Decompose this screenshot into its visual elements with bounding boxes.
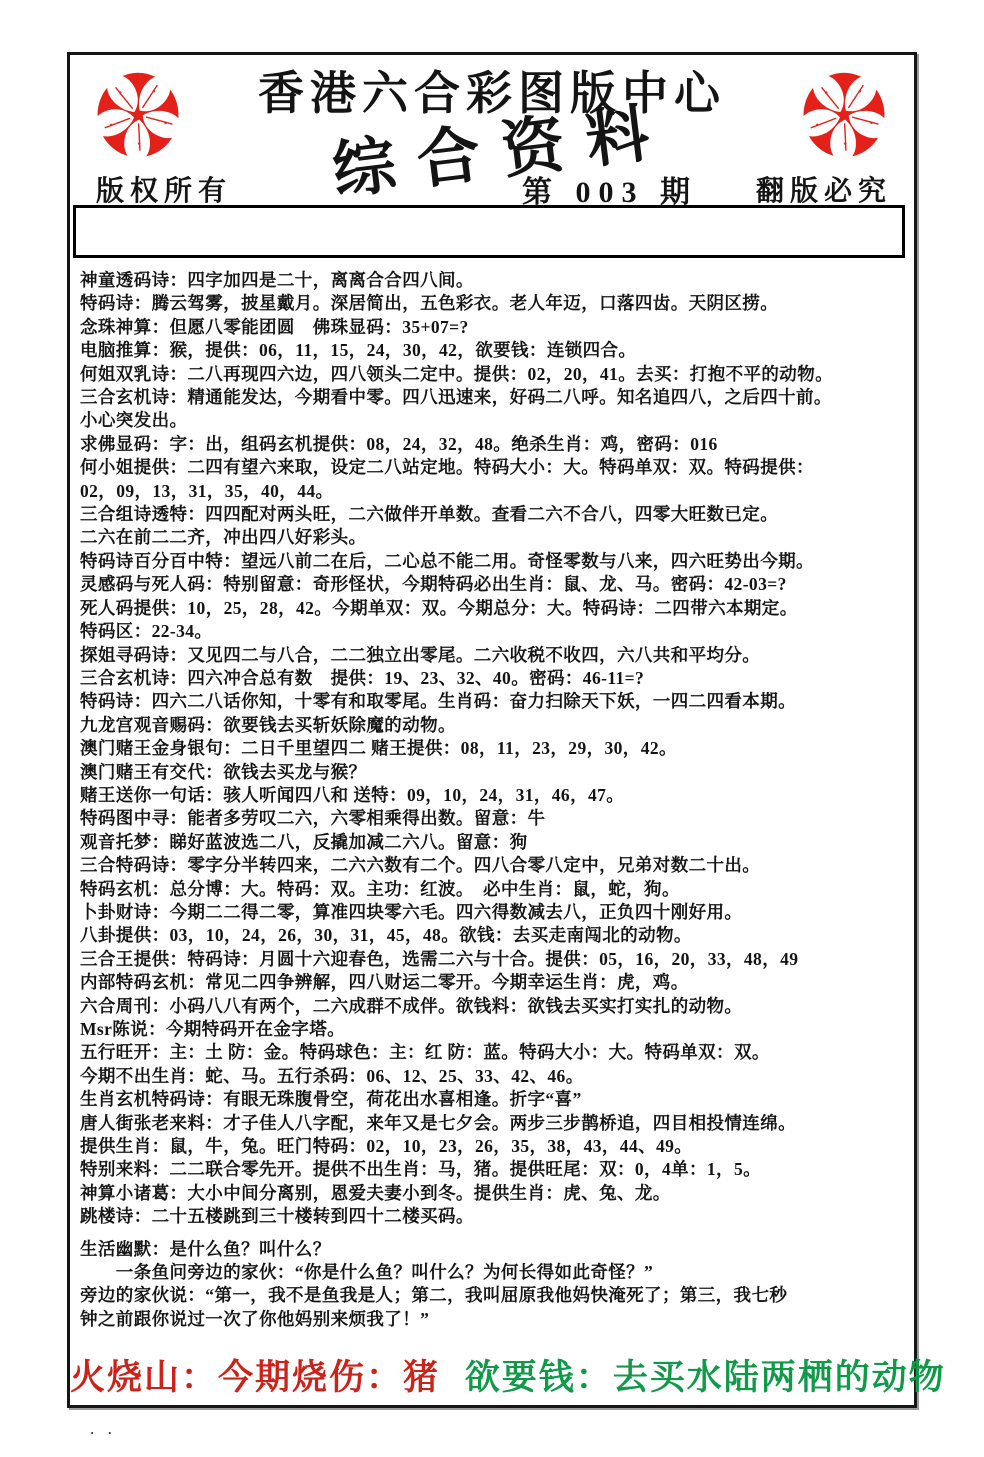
body-line: 特码玄机：总分博：大。特码：双。主功：红波。 必中生肖：鼠，蛇，狗。	[80, 878, 906, 901]
body-line: 观音托梦：睇好蓝波选二八，反撬加减二六八。留意：狗	[80, 831, 906, 854]
body-line: 神算小诸葛：大小中间分离别，恩爱夫妻小到冬。提供生肖：虎、兔、龙。	[80, 1182, 906, 1205]
body-line: 特码诗：腾云驾雾，披星戴月。深居简出，五色彩衣。老人年迈，口落四齿。天阴区捞。	[80, 292, 906, 315]
body-line: 何小姐提供：二四有望六来取，设定二八站定地。特码大小：大。特码单双：双。特码提供…	[80, 456, 906, 479]
body-line: 二六在前二二齐，冲出四八好彩头。	[80, 526, 906, 549]
body-line: 死人码提供：10，25，28，42。今期单双：双。今期总分：大。特码诗：二四带六…	[80, 597, 906, 620]
body-line: 三合组诗透特：四四配对两头旺，二六做伴开单数。查看二六不合八，四零大旺数已定。	[80, 503, 906, 526]
body-line: 澳门赌王有交代：欲钱去买龙与猴？	[80, 761, 906, 784]
footer-highlight-line: 火烧山：今期烧伤：猪 欲要钱：去买水陆两栖的动物	[70, 1350, 914, 1400]
footer-green-text: 欲要钱：去买水陆两栖的动物	[465, 1358, 946, 1397]
body-line: 今期不出生肖：蛇、马。五行杀码：06、12、25、33、42、46。	[80, 1065, 906, 1088]
scan-artifact-dots: · ·	[90, 1425, 117, 1441]
body-line: 卜卦财诗：今期二二得二零，算准四块零六毛。四六得数减去八，正负四十刚好用。	[80, 901, 906, 924]
body-line: 特码诗百分百中特：望远八前二在后，二心总不能二用。奇怪零数与八来，四六旺势出今期…	[80, 550, 906, 573]
bauhinia-flower-icon	[94, 67, 182, 163]
body-line: 一条鱼问旁边的家伙：“你是什么鱼？叫什么？为何长得如此奇怪？”	[80, 1261, 906, 1284]
body-line: 求佛显码：字：出，组码玄机提供：08，24，32，48。绝杀生肖：鸡，密码：01…	[80, 433, 906, 456]
sheet-border-frame: 香港六合彩图版中心 综合资料 第 003 期 版权所有 翻版必究 神童透码诗：四…	[67, 52, 917, 1408]
body-line: 澳门赌王金身银句：二日千里望四二 赌王提供：08，11，23，29，30，42。	[80, 737, 906, 760]
body-line: 三合王提供：特码诗：月圆十六迎春色，选需二六与十合。提供：05，16，20，33…	[80, 948, 906, 971]
empty-notice-box	[73, 205, 905, 258]
tips-text-block: 神童透码诗：四字加四是二十，离离合合四八间。特码诗：腾云驾雾，披星戴月。深居简出…	[80, 269, 906, 1331]
body-line: 特码区：22-34。	[80, 620, 906, 643]
body-line: 提供生肖：鼠，牛，兔。旺门特码：02，10，23，26，35，38，43，44、…	[80, 1135, 906, 1158]
body-line: 特码诗：四六二八话你知，十零有和取零尾。生肖码：奋力扫除天下妖，一四二四看本期。	[80, 690, 906, 713]
body-line: 生活幽默：是什么鱼？叫什么？	[80, 1238, 906, 1261]
body-line: 六合周刊：小码八八有两个，二六成群不成伴。欲钱料：欲钱去买实打实扎的动物。	[80, 995, 906, 1018]
body-line: 三合玄机诗：精通能发达，今期看中零。四八迅速来，好码二八呼。知名追四八，之后四十…	[80, 386, 906, 409]
body-line: 钟之前跟你说过一次了你他妈别来烦我了！”	[80, 1308, 906, 1331]
lottery-info-sheet: 香港六合彩图版中心 综合资料 第 003 期 版权所有 翻版必究 神童透码诗：四…	[0, 0, 984, 1457]
body-line: Msr陈说：今期特码开在金字塔。	[80, 1018, 906, 1041]
body-line: 旁边的家伙说：“第一，我不是鱼我是人；第二，我叫屈原我他妈快淹死了；第三，我七秒	[80, 1284, 906, 1307]
body-line: 小心突发出。	[80, 409, 906, 432]
body-line: 何姐双乳诗：二八再现四六边，四八领头二定中。提供：02，20，41。去买：打抱不…	[80, 363, 906, 386]
body-line: 念珠神算：但愿八零能团圆 佛珠显码：35+07=?	[80, 316, 906, 339]
body-line: 灵感码与死人码：特别留意：奇形怪状，今期特码必出生肖：鼠、龙、马。密码：42-0…	[80, 573, 906, 596]
body-line: 三合特码诗：零字分半转四来，二六六数有二个。四八合零八定中，兄弟对数二十出。	[80, 854, 906, 877]
body-line: 内部特码玄机：常见二四争辨解，四八财运二零开。今期幸运生肖：虎，鸡。	[80, 971, 906, 994]
copyright-right: 翻版必究	[756, 169, 892, 209]
body-line: 特码图中寻：能者多劳叹二六，六零相乘得出数。留意：牛	[80, 807, 906, 830]
body-line: 唐人街张老来料：才子佳人八字配，来年又是七夕会。两步三步鹊桥追，四目相投情连绵。	[80, 1112, 906, 1135]
copyright-left: 版权所有	[96, 169, 232, 209]
body-line: 特别来料：二二联合零先开。提供不出生肖：马，猪。提供旺尾：双：0，4单：1，5。	[80, 1158, 906, 1181]
body-line: 电脑推算：猴，提供：06，11，15，24，30，42，欲要钱：连锁四合。	[80, 339, 906, 362]
body-line: 九龙宫观音赐码：欲要钱去买斩妖除魔的动物。	[80, 714, 906, 737]
body-line: 八卦提供：03，10，24，26，30，31，45，48。欲钱：去买走南闯北的动…	[80, 924, 906, 947]
footer-red-text: 火烧山：今期烧伤：猪	[70, 1358, 440, 1397]
bauhinia-flower-icon	[800, 67, 888, 163]
body-line: 跳楼诗：二十五楼跳到三十楼转到四十二楼买码。	[80, 1205, 906, 1228]
body-line: 三合玄机诗：四六冲合总有数 提供：19、23、32、40。密码：46-11=?	[80, 667, 906, 690]
body-line: 生肖玄机特码诗：有眼无珠腹骨空，荷花出水喜相逢。折字“喜”	[80, 1088, 906, 1111]
body-line: 赌王送你一句话：骇人听闻四八和 送特：09，10，24，31，46，47。	[80, 784, 906, 807]
body-line: 探姐寻码诗：又见四二与八合，二二独立出零尾。二六收税不收四，六八共和平均分。	[80, 644, 906, 667]
body-line: 神童透码诗：四字加四是二十，离离合合四八间。	[80, 269, 906, 292]
body-line: 02，09，13，31，35，40，44。	[80, 480, 906, 503]
body-line: 五行旺开：主：土 防：金。特码球色：主：红 防：蓝。特码大小：大。特码单双：双。	[80, 1041, 906, 1064]
